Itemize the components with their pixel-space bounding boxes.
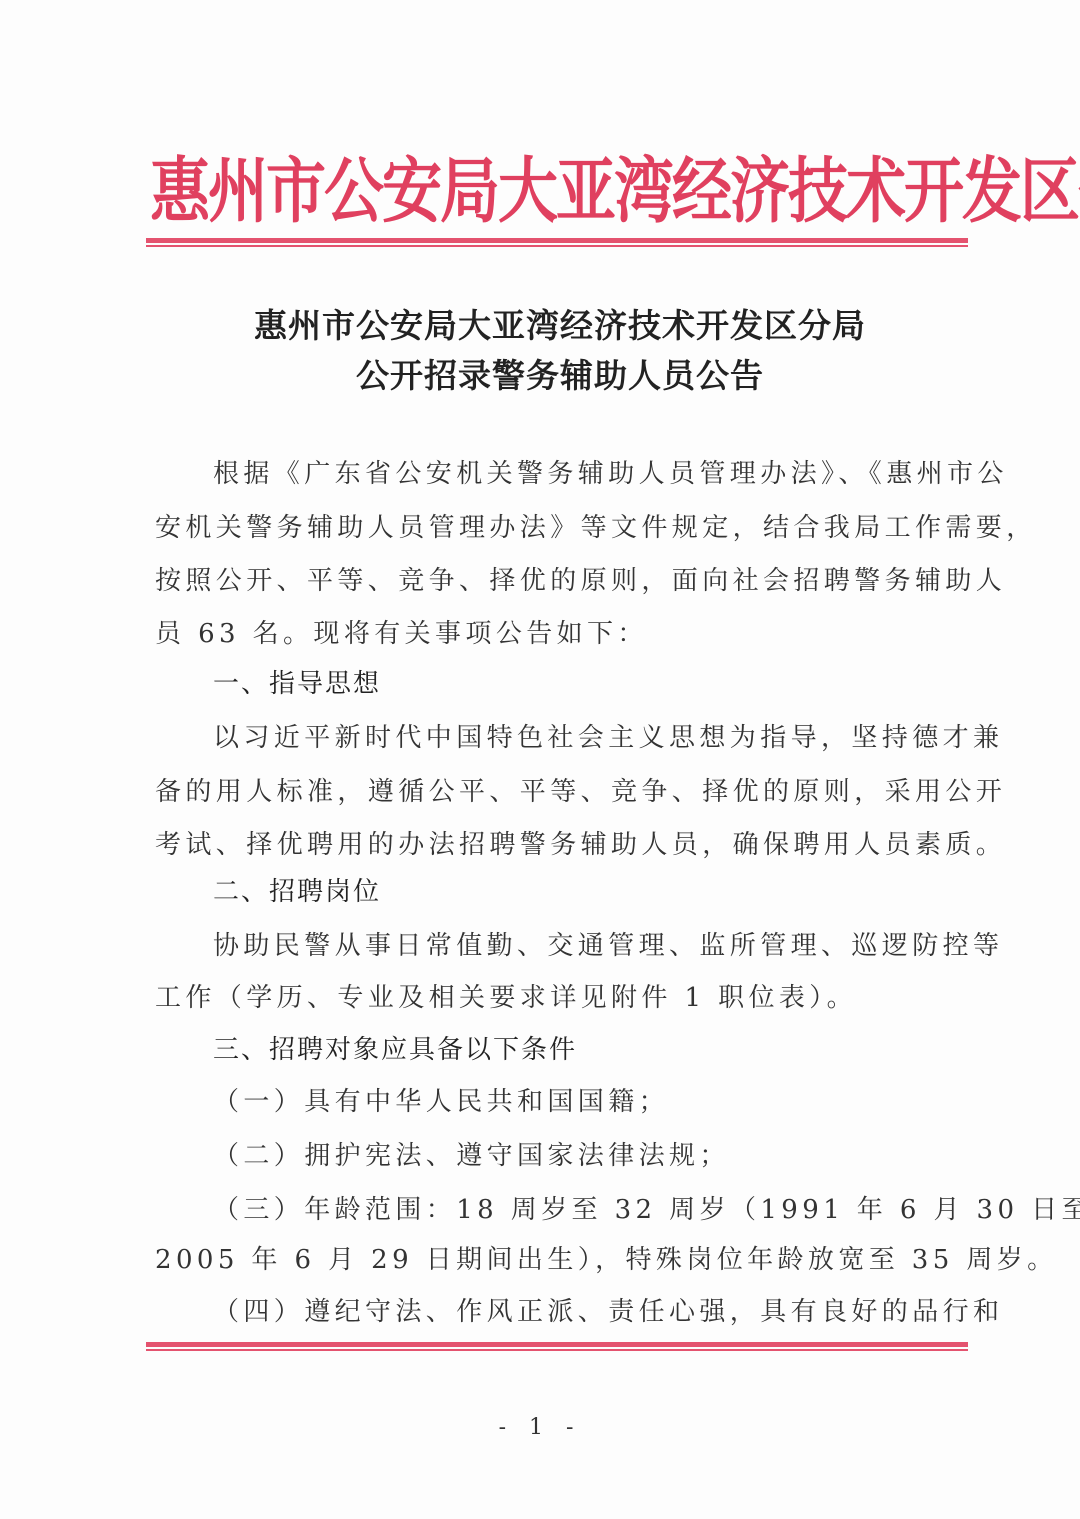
requirement-item: 2005 年 6 月 29 日期间出生），特殊岗位年龄放宽至 35 周岁。 xyxy=(155,1240,955,1280)
intro-line: 按照公开、平等、竞争、择优的原则，面向社会招聘警务辅助人 xyxy=(155,561,955,601)
section1-line: 备的用人标准，遵循公平、平等、竞争、择优的原则，采用公开 xyxy=(155,772,955,812)
section-heading-requirements: 三、招聘对象应具备以下条件 xyxy=(213,1030,577,1070)
masthead-divider xyxy=(146,238,968,247)
document-title-line1: 惠州市公安局大亚湾经济技术开发区分局 xyxy=(150,300,970,347)
requirement-item: （四）遵纪守法、作风正派、责任心强，具有良好的品行和 xyxy=(213,1292,955,1332)
page-number: - 1 - xyxy=(0,1415,1080,1440)
intro-line: 员 63 名。现将有关事项公告如下： xyxy=(155,614,955,654)
section1-line: 考试、择优聘用的办法招聘警务辅助人员，确保聘用人员素质。 xyxy=(155,825,955,865)
section-heading-positions: 二、招聘岗位 xyxy=(213,872,381,912)
masthead-title: 惠州市公安局大亚湾经济技术开发区分局 xyxy=(150,142,970,242)
requirement-item: （二）拥护宪法、遵守国家法律法规； xyxy=(213,1136,955,1176)
footer-divider xyxy=(146,1342,968,1351)
document-title-line2: 公开招录警务辅助人员公告 xyxy=(150,350,970,397)
requirement-item: （一）具有中华人民共和国国籍； xyxy=(213,1082,955,1122)
section1-line: 以习近平新时代中国特色社会主义思想为指导，坚持德才兼 xyxy=(213,718,955,758)
intro-line: 安机关警务辅助人员管理办法》等文件规定，结合我局工作需要， xyxy=(155,508,955,548)
requirement-item: （三）年龄范围：18 周岁至 32 周岁（1991 年 6 月 30 日至 xyxy=(213,1190,955,1230)
section2-line: 协助民警从事日常值勤、交通管理、监所管理、巡逻防控等 xyxy=(213,926,955,966)
intro-line: 根据《广东省公安机关警务辅助人员管理办法》、《惠州市公 xyxy=(213,454,955,494)
section-heading-guiding-ideology: 一、指导思想 xyxy=(213,664,381,704)
section2-line: 工作（学历、专业及相关要求详见附件 1 职位表）。 xyxy=(155,978,955,1018)
